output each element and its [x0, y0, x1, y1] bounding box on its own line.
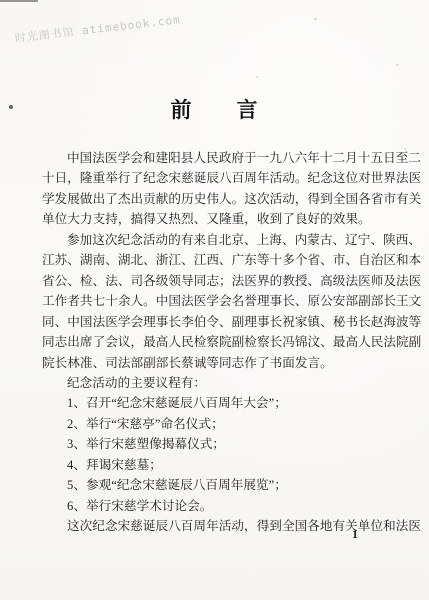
library-watermark: 时光图书馆 atimebook.com	[14, 11, 181, 46]
scan-edge-artifact	[0, 0, 38, 2]
text-line: 4、拜谒宋慈墓；	[42, 455, 424, 475]
text-line: 工作者共七十余人。中国法医学会名誉理事长、原公安部副部长王文	[42, 291, 424, 311]
text-line: 3、举行宋慈塑像揭幕仪式；	[42, 434, 424, 454]
text-line: 1、召开“纪念宋慈诞辰八百周年大会”；	[42, 393, 424, 413]
text-line: 学发展做出了杰出贡献的历史伟人。这次活动，得到全国各省市有关	[42, 189, 424, 209]
text-line: 省公、检、法、司各级领导同志；法医界的教授、高级法医师及法医	[42, 271, 424, 291]
body-lines: 中国法医学会和建阳县人民政府于一九八六年十二月十五日至二十日，隆重举行了纪念宋慈…	[42, 148, 424, 537]
text-line: 江苏、湖南、湖北、浙江、江西、广东等十多个省、市、自治区和本	[42, 250, 424, 270]
text-line: 十日，隆重举行了纪念宋慈诞辰八百周年活动。纪念这位对世界法医	[42, 168, 424, 188]
text-line: 单位大力支持，搞得又热烈、又隆重，收到了良好的效果。	[42, 209, 424, 229]
ink-speck	[314, 18, 317, 20]
ink-speck	[396, 64, 399, 66]
page-title: 前 言	[0, 94, 429, 124]
text-line: 5、参观“纪念宋慈诞辰八百周年展览”；	[42, 475, 424, 495]
text-line: 同、中国法医学会理事长李伯令、副理事长祝家镇、秘书长赵海波等	[42, 312, 424, 332]
page-number: 1	[352, 527, 358, 542]
ink-speck	[256, 76, 259, 78]
text-line: 中国法医学会和建阳县人民政府于一九八六年十二月十五日至二	[42, 148, 424, 168]
text-line: 同志出席了会议，最高人民检察院副检察长冯锦汶、最高人民法院副	[42, 332, 424, 352]
text-line: 参加这次纪念活动的有来自北京、上海、内蒙古、辽宁、陕西、	[42, 230, 424, 250]
text-line: 这次纪念宋慈诞辰八百周年活动，得到全国各地有关单位和法医	[42, 516, 424, 536]
text-line: 纪念活动的主要议程有：	[42, 373, 424, 393]
scanned-book-page: 时光图书馆 atimebook.com 前 言 中国法医学会和建阳县人民政府于一…	[0, 0, 429, 600]
text-line: 2、举行“宋慈亭”命名仪式；	[42, 414, 424, 434]
text-line: 6、举行宋慈学术讨论会。	[42, 496, 424, 516]
text-line: 院长林准、司法部副部长蔡诚等同志作了书面发言。	[42, 353, 424, 373]
